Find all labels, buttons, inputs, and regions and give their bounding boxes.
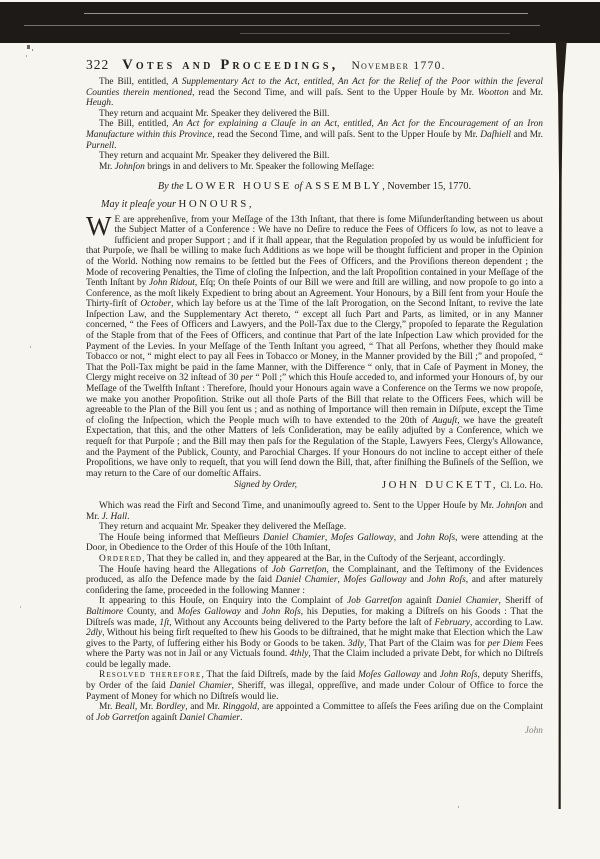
text-run: , and bbox=[394, 533, 417, 543]
text-run: Job Garretſon bbox=[272, 565, 327, 575]
paragraph: They return and acquaint Mr. Speaker the… bbox=[86, 151, 543, 162]
text-run: per bbox=[241, 373, 254, 383]
paragraph: It appearing to this Houſe, on Enquiry i… bbox=[86, 596, 543, 670]
text-run: , November 15, 1770. bbox=[382, 181, 471, 192]
text-run: Job Garretſon bbox=[347, 596, 402, 606]
page-title: Votes and Proceedings, bbox=[122, 57, 338, 74]
text-run: 3dly bbox=[348, 639, 364, 649]
text-run: . bbox=[111, 98, 113, 108]
text-run: Daniel Chamier bbox=[276, 575, 338, 585]
text-run: LOWER HOUSE bbox=[186, 180, 292, 192]
paragraph: Signed by Order,JOHN DUCKETT, Cl. Lo. Ho… bbox=[86, 480, 543, 492]
paragraph: May it pleaſe your HONOURS, bbox=[86, 199, 543, 211]
text-run: againſt bbox=[149, 713, 179, 723]
text-run: per Diem bbox=[488, 639, 524, 649]
text-run: The Houſe being informed that Meſſieurs bbox=[99, 533, 263, 543]
scanned-page: 322 Votes and Proceedings, November 1770… bbox=[0, 0, 600, 859]
text-run: of bbox=[292, 181, 305, 192]
text-run: , That they be called in, and they appea… bbox=[142, 554, 505, 564]
text-run: and bbox=[241, 607, 262, 617]
text-run: J. Hall bbox=[102, 512, 128, 522]
text-run: Bordley bbox=[156, 702, 185, 712]
header-date: November 1770. bbox=[351, 60, 445, 72]
text-run: October bbox=[140, 299, 171, 309]
text-run: Beall bbox=[115, 702, 135, 712]
paragraph: Mr. Johnſon brings in and delivers to Mr… bbox=[86, 162, 543, 173]
paragraph: Reſolved therefore, That the ſaid Diſtre… bbox=[86, 670, 543, 702]
scan-edge-top bbox=[0, 2, 600, 43]
text-run: and Mr. bbox=[511, 130, 543, 140]
page-header: 322 Votes and Proceedings, November 1770… bbox=[86, 57, 543, 74]
text-run: Job Garretſon bbox=[96, 713, 149, 723]
text-run: Reſolved therefore bbox=[99, 670, 201, 680]
catchword: John bbox=[86, 726, 543, 736]
text-run: , read the Second Time, and will paſs. S… bbox=[212, 130, 480, 140]
book-gutter-shadow bbox=[548, 41, 572, 809]
text-run: Moſes Galloway bbox=[178, 607, 241, 617]
text-run: , and Mr. bbox=[185, 702, 222, 712]
text-run: They return and acquaint Mr. Speaker the… bbox=[99, 151, 329, 161]
text-run: They return and acquaint Mr. Speaker the… bbox=[99, 522, 346, 532]
text-run: John Roſs bbox=[427, 575, 466, 585]
text-run: , Sheriff of bbox=[499, 596, 543, 606]
text-run: May it pleaſe your bbox=[101, 199, 179, 210]
paragraph: The Houſe being informed that Meſſieurs … bbox=[86, 533, 543, 554]
text-run: Moſes Galloway bbox=[343, 575, 406, 585]
text-run: Auguſt bbox=[432, 416, 457, 426]
paragraph: The Houſe having heard the Allegations o… bbox=[86, 565, 543, 597]
text-run: Ringgold bbox=[223, 702, 257, 712]
text-run: , we have the greateſt Expectation, that… bbox=[86, 416, 543, 479]
text-run: 1ſt bbox=[159, 618, 169, 628]
text-run: The Bill, entitled, bbox=[99, 77, 172, 87]
text-run: Daniel Chamier bbox=[436, 596, 499, 606]
paragraph: Ordered, That they be called in, and the… bbox=[86, 554, 543, 565]
scan-streak bbox=[240, 33, 510, 34]
paragraph: The Bill, entitled, An Act for explainin… bbox=[86, 119, 543, 151]
text-run: and bbox=[406, 575, 427, 585]
text-run: Wootton bbox=[478, 88, 509, 98]
scan-streak bbox=[84, 13, 528, 14]
text-run: Daniel Chamier bbox=[263, 533, 325, 543]
signed-by-order: Signed by Order, bbox=[234, 480, 297, 492]
text-run: HONOURS, bbox=[179, 198, 255, 210]
text-run: , which lay before us at the Time of the… bbox=[86, 299, 543, 383]
text-run: Heugh bbox=[86, 98, 111, 108]
text-run: John Ridout bbox=[149, 278, 195, 288]
text-run: and Mr. bbox=[509, 88, 543, 98]
text-run: JOHN DUCKETT, bbox=[382, 479, 498, 491]
text-run: John Roſs bbox=[417, 533, 455, 543]
text-run: Purnell bbox=[86, 141, 114, 151]
text-run: Daniel Chamier bbox=[170, 681, 232, 691]
text-run: By the bbox=[158, 181, 186, 192]
paragraph: Which was read the Firſt and Second Time… bbox=[86, 501, 543, 522]
text-run: Ordered bbox=[99, 554, 142, 564]
text-run: Mr. bbox=[99, 702, 115, 712]
text-run: Baltimore bbox=[86, 607, 123, 617]
text-run: Daniel Chamier bbox=[179, 713, 240, 723]
text-run: and bbox=[420, 670, 439, 680]
text-run: , That Part of the Claim was for bbox=[364, 639, 488, 649]
text-run: 2dly bbox=[86, 628, 102, 638]
paragraph: Mr. Beall, Mr. Bordley, and Mr. Ringgold… bbox=[86, 702, 543, 723]
text-run: John Roſs bbox=[440, 670, 478, 680]
document-page: 322 Votes and Proceedings, November 1770… bbox=[86, 57, 543, 736]
text-run: brings in and delivers to Mr. Speaker th… bbox=[145, 162, 374, 172]
text-run: againſt bbox=[402, 596, 436, 606]
text-run: . bbox=[240, 713, 242, 723]
text-run: , Mr. bbox=[135, 702, 156, 712]
paragraph: By the LOWER HOUSE of ASSEMBLY, November… bbox=[86, 181, 543, 193]
text-run: 4thly bbox=[290, 649, 309, 659]
text-run: Johnſon bbox=[497, 501, 527, 511]
text-run: Daſhiell bbox=[480, 130, 511, 140]
scan-streak bbox=[24, 25, 540, 26]
text-run: Which was read the Firſt and Second Time… bbox=[99, 501, 497, 511]
text-run: Cl. Lo. Ho. bbox=[498, 481, 543, 491]
clerk-signature: JOHN DUCKETT, Cl. Lo. Ho. bbox=[382, 480, 543, 492]
text-run: They return and acquaint Mr. Speaker the… bbox=[99, 109, 329, 119]
paragraph: WE are apprehenſive, from your Meſſage o… bbox=[86, 215, 543, 480]
text-run: John Roſs bbox=[262, 607, 301, 617]
text-run: The Houſe having heard the Allegations o… bbox=[99, 565, 272, 575]
text-run: ASSEMBLY bbox=[305, 180, 382, 192]
text-run: W bbox=[86, 215, 114, 237]
text-run: It appearing to this Houſe, on Enquiry i… bbox=[99, 596, 347, 606]
text-run: , Without any Accounts being delivered t… bbox=[169, 618, 434, 628]
page-number: 322 bbox=[86, 57, 109, 73]
text-run: County, and bbox=[123, 607, 177, 617]
text-run: , That the ſaid Diſtreſs, made by the ſa… bbox=[201, 670, 358, 680]
text-run: February bbox=[435, 618, 470, 628]
text-run: Moſes Galloway bbox=[331, 533, 394, 543]
text-run: Moſes Galloway bbox=[358, 670, 420, 680]
text-run: . bbox=[114, 141, 116, 151]
text-run: Johnſon bbox=[115, 162, 145, 172]
text-run: , according to Law. bbox=[470, 618, 543, 628]
paragraph: They return and acquaint Mr. Speaker the… bbox=[86, 109, 543, 120]
text-run: . bbox=[127, 512, 129, 522]
paper-noise bbox=[27, 45, 30, 49]
document-body: The Bill, entitled, A Supplementary Act … bbox=[86, 77, 543, 723]
paragraph: They return and acquaint Mr. Speaker the… bbox=[86, 522, 543, 533]
text-run: , read the Second Time, and will paſs. S… bbox=[192, 88, 478, 98]
text-run: Mr. bbox=[99, 162, 115, 172]
paragraph: The Bill, entitled, A Supplementary Act … bbox=[86, 77, 543, 109]
text-run: The Bill, entitled, bbox=[99, 119, 173, 129]
